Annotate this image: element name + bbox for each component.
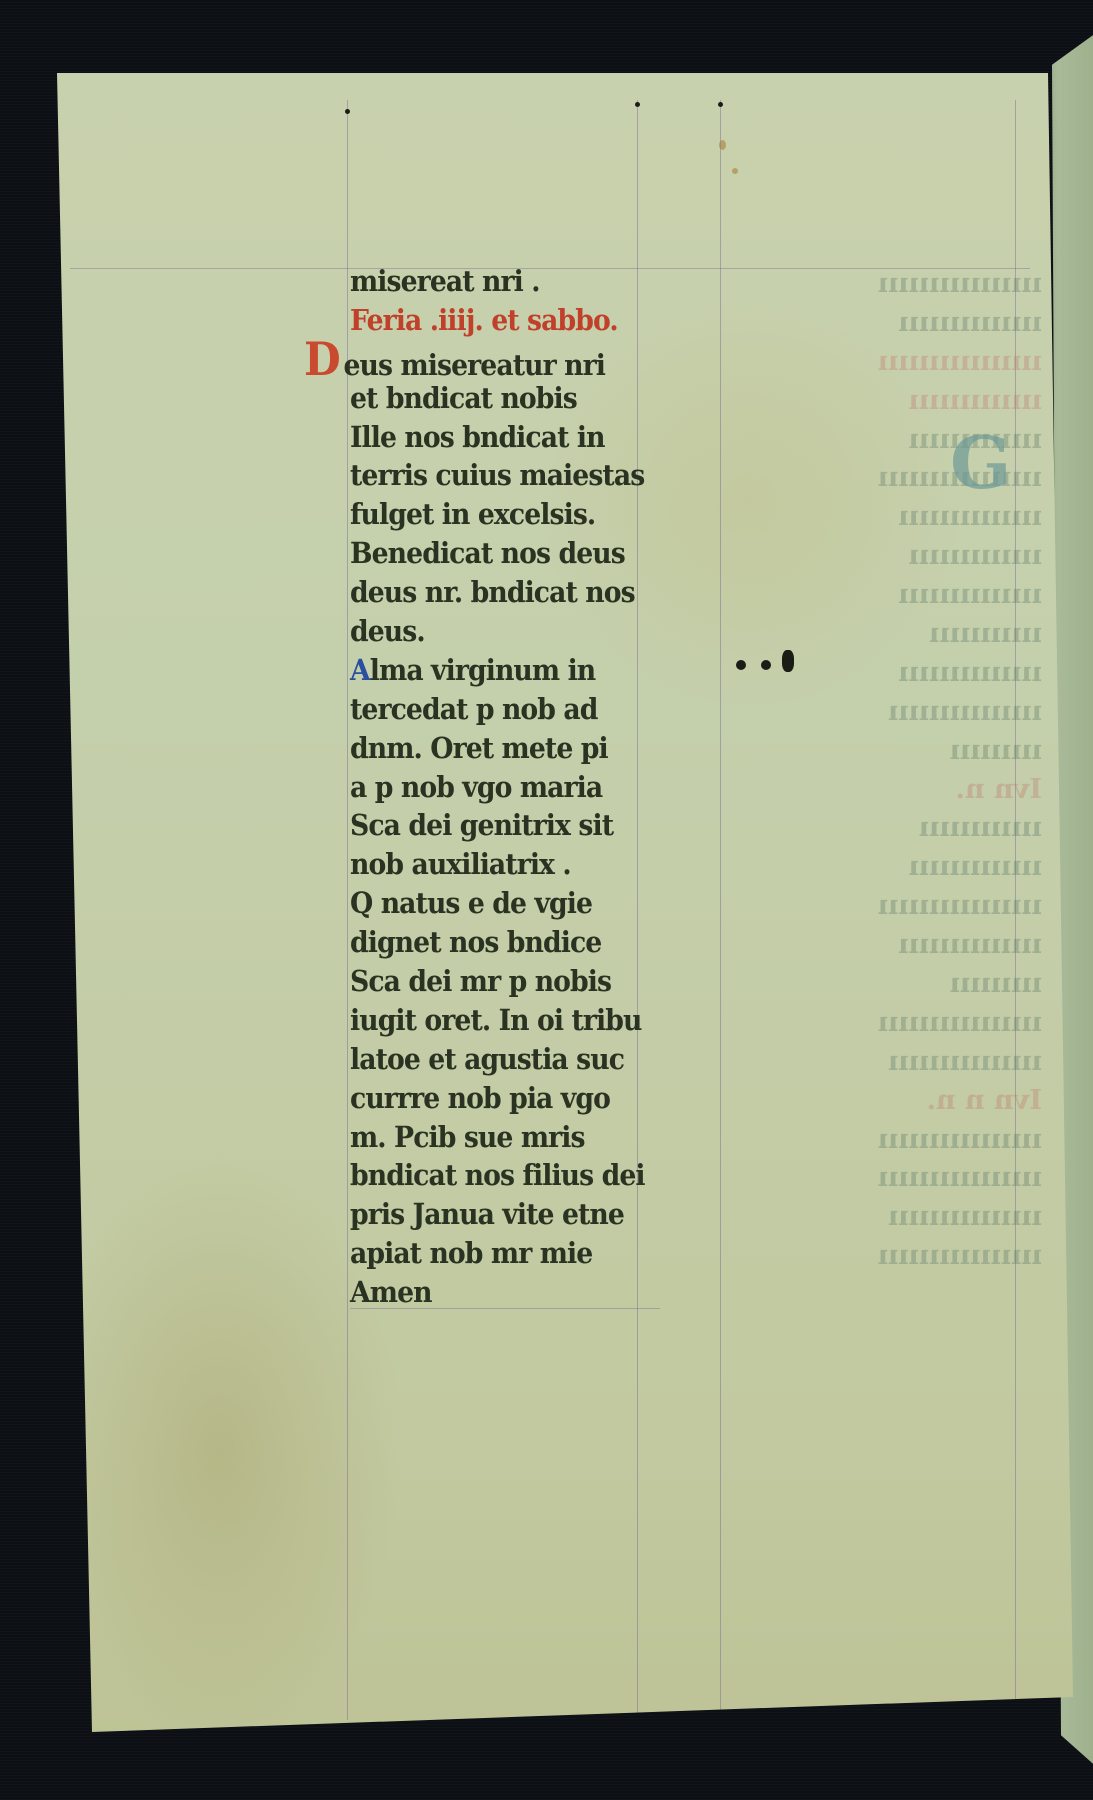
text-line: latoe et agustia suc: [350, 1040, 644, 1079]
text-line: Benedicat nos deus: [350, 534, 644, 573]
ghost-line: ıııııııııııııı: [722, 304, 1042, 343]
text-line: Q natus e de vgie: [350, 884, 644, 923]
ghost-line: Ivn n.: [722, 771, 1042, 810]
text-line: dignet nos bndice: [350, 923, 644, 962]
text-line: nob auxiliatrix .: [350, 845, 644, 884]
text-line: misereat nri .: [350, 262, 644, 301]
ruling-line: [720, 100, 721, 1720]
stain: [719, 140, 726, 150]
show-through-text: ıııııııııııııııı ıııııııııııııı ıııııııı…: [722, 265, 1042, 1276]
ghost-line: ıııııııııııııııı: [722, 1004, 1042, 1043]
text-line: apiat nob mr mie: [350, 1234, 644, 1273]
ghost-line: Ivn n n.: [722, 1082, 1042, 1121]
ruling-line: [347, 100, 348, 1720]
ghost-line: ııııııııı: [722, 732, 1042, 771]
ghost-line: ııııııııı: [722, 965, 1042, 1004]
text-line: m. Pcib sue mris: [350, 1118, 644, 1157]
ghost-line: ıııııııııııı: [722, 809, 1042, 848]
ghost-line: ıııııııııııııııı: [722, 265, 1042, 304]
ghost-line: ıııııııııııııı: [722, 654, 1042, 693]
text-line-rest: lma virginum in: [370, 653, 595, 687]
text-line: Sca dei mr p nobis: [350, 962, 644, 1001]
text-line: Sca dei genitrix sit: [350, 806, 644, 845]
ghost-initial: G: [950, 420, 1012, 505]
ghost-line: ıııııııııııııııı: [722, 343, 1042, 382]
ghost-line: ııııııııııııı: [722, 537, 1042, 576]
text-line: tercedat p nob ad: [350, 690, 644, 729]
text-line: Amen: [350, 1273, 644, 1312]
text-line: et bndicat nobis: [350, 379, 644, 418]
ghost-line: ıııııııııııııı: [722, 576, 1042, 615]
ghost-line: ıııııııııııııı: [722, 926, 1042, 965]
ghost-line: ııııııııııııı: [722, 382, 1042, 421]
prick-mark: [718, 102, 723, 107]
ghost-line: ııııııııııı: [722, 615, 1042, 654]
ghost-line: ııııııııııııı: [722, 848, 1042, 887]
ghost-line: ıııııııııııııııı: [722, 1159, 1042, 1198]
text-line: fulget in excelsis.: [350, 495, 644, 534]
text-line: Ille nos bndicat in: [350, 418, 644, 457]
text-line: terris cuius maiestas: [350, 456, 644, 495]
prick-mark: [345, 109, 350, 114]
text-line: deus nr. bndicat nos: [350, 573, 644, 612]
manuscript-page: ıııııııııııııııı ıııııııııııııı ıııııııı…: [0, 0, 1093, 1800]
red-initial-d: D: [304, 332, 343, 386]
ghost-line: ıııııııııııııııı: [722, 1237, 1042, 1276]
text-line: currre nob pia vgo: [350, 1079, 644, 1118]
text-line: pris Janua vite etne: [350, 1195, 644, 1234]
ghost-line: ııııııııııııııı: [722, 1043, 1042, 1082]
ghost-line: ıııııııııııııııı: [722, 887, 1042, 926]
main-text-column: misereat nri . Feria .iiij. et sabbo. De…: [350, 262, 670, 1312]
text-line: dnm. Oret mete pi: [350, 729, 644, 768]
prick-mark: [635, 102, 640, 107]
text-line: Alma virginum in: [350, 651, 644, 690]
text-line: a p nob vgo maria: [350, 768, 644, 807]
rubric-line: Feria .iiij. et sabbo.: [350, 301, 644, 340]
blue-initial-a: A: [350, 653, 370, 687]
text-line: bndicat nos filius dei: [350, 1156, 644, 1195]
text-line: Deus misereatur nri: [350, 340, 644, 379]
text-line: deus.: [350, 612, 644, 651]
ghost-line: ııııııııııııııı: [722, 1198, 1042, 1237]
stain: [732, 168, 738, 174]
ghost-line: ıııııııııııııııı: [722, 1121, 1042, 1160]
ghost-line: ııııııııııııııı: [722, 693, 1042, 732]
text-line-rest: eus misereatur nri: [343, 348, 604, 382]
text-line: iugit oret. In oi tribu: [350, 1001, 644, 1040]
